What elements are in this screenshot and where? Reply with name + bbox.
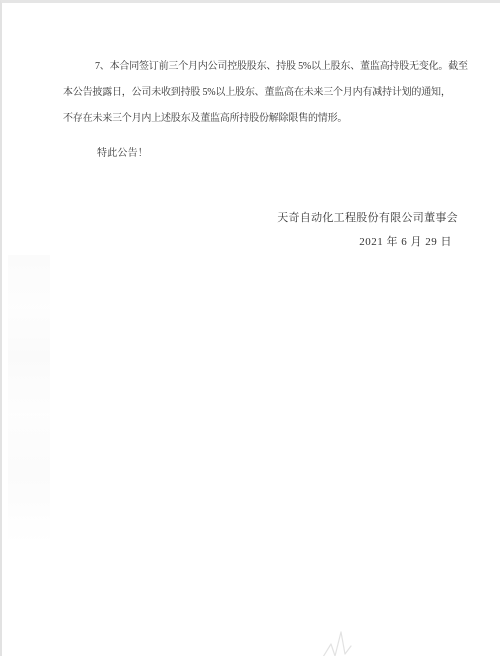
scribble-mark [320, 629, 362, 656]
closing-statement: 特此公告！ [97, 144, 148, 159]
document-page: 7、本合同签订前三个月内公司控股股东、持股 5%以上股东、董监高持股无变化。截至… [0, 0, 500, 656]
company-signature: 天奇自动化工程股份有限公司董事会 [277, 209, 458, 225]
scan-bleed-artifact [8, 255, 50, 545]
paragraph-line-3: 不存在未来三个月内上述股东及董监高所持股份解除限售的情形。 [63, 106, 468, 132]
paragraph-line-2: 本公告披露日，公司未收到持股 5%以上股东、董监高在未来三个月内有减持计划的通知… [63, 80, 468, 106]
paragraph-line-1: 7、本合同签订前三个月内公司控股股东、持股 5%以上股东、董监高持股无变化。截至 [63, 54, 468, 80]
announcement-date: 2021 年 6 月 29 日 [359, 233, 452, 249]
body-paragraph: 7、本合同签订前三个月内公司控股股东、持股 5%以上股东、董监高持股无变化。截至… [63, 54, 468, 132]
